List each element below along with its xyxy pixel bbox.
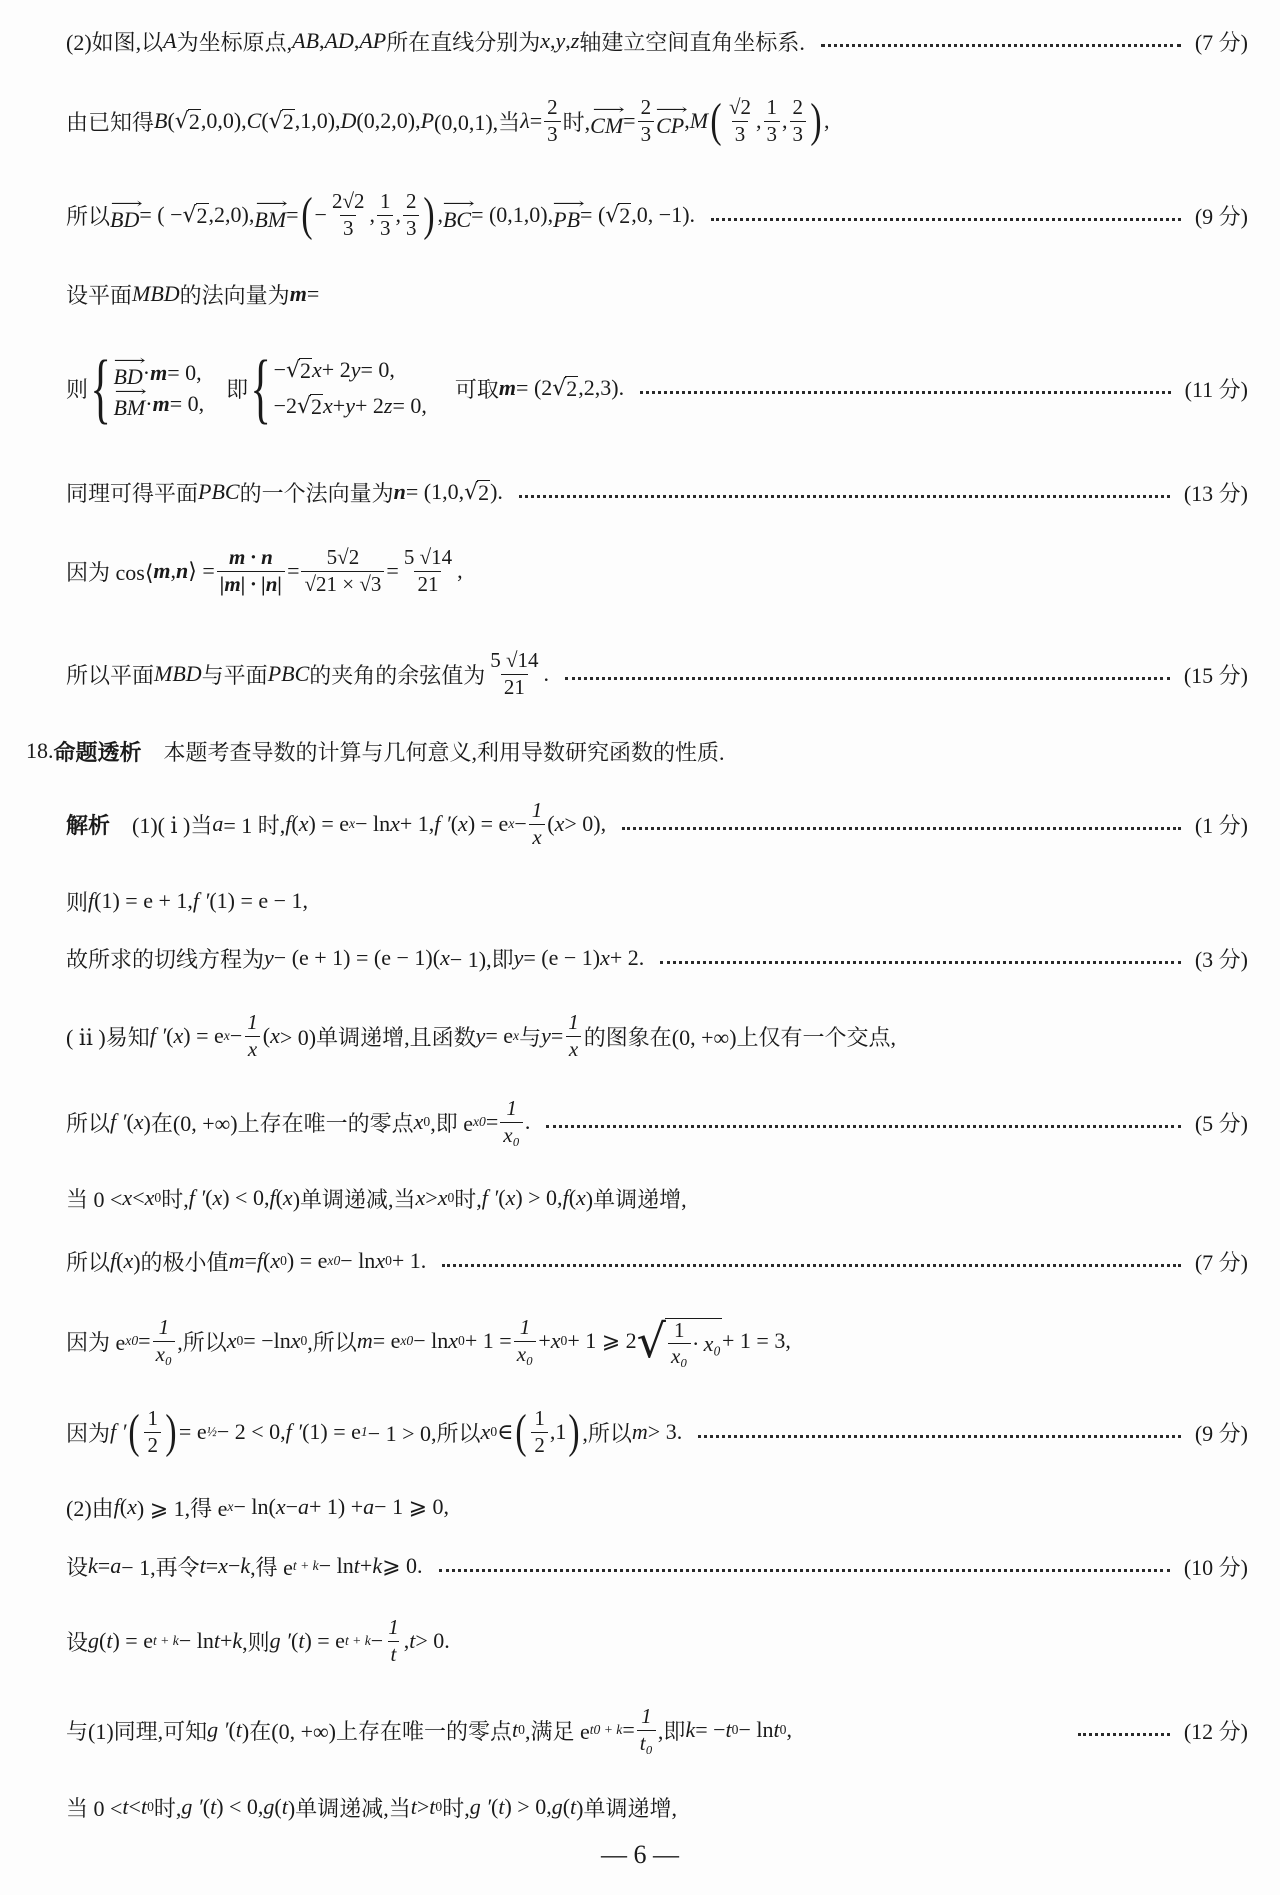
text-run: 时,: [454, 1183, 482, 1214]
dotted-leader: [546, 1125, 1180, 1128]
math-variable: x: [123, 1248, 133, 1274]
text-run: =: [486, 1109, 498, 1135]
math-variable: x: [276, 1494, 286, 1520]
math-variable: x: [506, 1185, 516, 1211]
text-run: ) = e: [468, 811, 509, 837]
radical-sign: √: [464, 480, 478, 505]
large-paren: (: [129, 1408, 140, 1456]
text-run: 同理可得平面: [66, 477, 198, 508]
score-label: (12 分): [1184, 1715, 1248, 1746]
text-run: − 1,再令: [121, 1551, 199, 1582]
text-run: −: [371, 1628, 383, 1654]
numerator: 1: [503, 1097, 520, 1121]
math-variable: k: [232, 1628, 242, 1654]
text-run: )的极小值: [133, 1246, 228, 1277]
text-run: 本题考查导数的计算与几何意义,利用导数研究函数的性质.: [142, 736, 725, 767]
text-run: >: [417, 1794, 429, 1820]
equation-system: {−√2x + 2y = 0,−2√2x + y + 2z = 0,: [248, 349, 427, 427]
text-run: + 1 = 3,: [722, 1328, 791, 1354]
line-content: 故所求的切线方程为 y − (e + 1) = (e − 1)(x − 1),即…: [66, 943, 644, 974]
denominator: 21: [501, 674, 528, 699]
vector-arrow-icon: ⟶: [552, 200, 581, 209]
text-run: ).: [490, 479, 503, 505]
fraction: 1x₀: [500, 1097, 523, 1146]
math-variable: k: [685, 1717, 695, 1743]
text-run: 由已知得: [66, 106, 154, 137]
section-label: 解析: [66, 809, 110, 840]
math-variable: f ′: [482, 1185, 498, 1211]
page-number: — 6 —: [0, 1840, 1280, 1870]
text-run: ) = e: [309, 811, 350, 837]
text-run: (: [563, 1794, 570, 1820]
text-run: = 0,: [360, 357, 394, 383]
numerator: 1: [377, 190, 394, 214]
vector: ⟶CP: [656, 106, 684, 137]
system-rows: ⟶BD · m = 0,⟶BM · m = 0,: [113, 357, 204, 419]
system-row: ⟶BD · m = 0,: [113, 357, 204, 388]
text-run: ,1: [550, 1419, 567, 1445]
radicand: 2: [618, 203, 631, 227]
text-run: 所以: [66, 200, 110, 231]
math-variable: x: [540, 28, 550, 54]
text-run: 故所求的切线方程为: [66, 943, 264, 974]
text-run: 所以: [66, 1107, 110, 1138]
subscript: 0: [561, 1333, 568, 1349]
math-variable: x: [416, 1185, 426, 1211]
text-run: +: [333, 393, 345, 419]
dotted-leader: [698, 1435, 1181, 1438]
math-variable: x: [312, 357, 322, 383]
math-variable: f ′: [189, 1185, 205, 1211]
denominator: 3: [638, 121, 655, 146]
text-run: ,即: [658, 1715, 686, 1746]
dotted-leader: [1078, 1733, 1170, 1736]
large-paren: ): [165, 1408, 176, 1456]
denominator: x₀: [514, 1341, 537, 1366]
denominator: x: [566, 1036, 581, 1061]
radical-sign: √: [175, 109, 189, 134]
text-run: = 0,: [392, 393, 426, 419]
text-run: 因为 cos⟨: [66, 556, 153, 587]
denominator: 3: [764, 121, 781, 146]
radicand: 2: [477, 480, 490, 504]
vector-arrow-icon: ⟶: [656, 106, 685, 115]
text-run: 的夹角的余弦值为: [309, 659, 485, 690]
vector: ⟶CM: [590, 106, 623, 137]
text-run: =: [138, 1328, 150, 1354]
denominator: t: [388, 1641, 400, 1666]
text-run: .: [544, 661, 550, 687]
text-run: (: [547, 811, 554, 837]
numerator: 1: [531, 1407, 548, 1431]
text-run: + 2.: [610, 945, 644, 971]
superscript: x0: [125, 1333, 138, 1349]
text-run: (: [491, 1794, 498, 1820]
text-run: ) > 0,: [515, 1185, 562, 1211]
math-variable: k: [240, 1553, 250, 1579]
square-root: √2: [552, 376, 578, 401]
text-run: =: [286, 202, 298, 228]
text-run: >: [425, 1185, 437, 1211]
line-content: 所以⟶BD = ( −√2,2,0),⟶BM = ( −2√23,13,23),…: [66, 190, 695, 239]
text-run: (1) = e − 1,: [209, 888, 308, 914]
math-variable: g ′: [207, 1717, 228, 1743]
radical-sign: √: [269, 109, 283, 134]
denominator: x: [529, 824, 544, 849]
math-variable: x: [551, 1328, 561, 1354]
math-variable: x: [212, 1185, 222, 1211]
math-variable: x: [375, 1248, 385, 1274]
subscript: 0: [236, 1333, 243, 1349]
text-run: 则: [66, 886, 88, 917]
math-variable: m: [357, 1328, 373, 1354]
math-variable: x: [555, 811, 565, 837]
superscript: x0: [400, 1333, 413, 1349]
math-variable: x: [283, 1185, 293, 1211]
text-run: + 1 ⩾ 2: [567, 1328, 636, 1354]
math-variable: x: [414, 1109, 424, 1135]
dotted-leader: [442, 1264, 1181, 1267]
text-run: − ln: [738, 1717, 773, 1743]
fraction: 23: [790, 96, 807, 145]
vector-arrow-icon: ⟶: [115, 388, 144, 397]
subscript: 0: [423, 1114, 430, 1130]
math-variable: x: [174, 1023, 184, 1049]
math-variable: B: [154, 108, 167, 134]
text-run: 的图象在(0, +∞)上仅有一个交点,: [584, 1021, 896, 1052]
math-variable: x: [291, 1328, 301, 1354]
text-run: ) < 0,: [216, 1794, 263, 1820]
vector-symbol: m: [290, 281, 307, 307]
math-variable: g ′: [181, 1794, 202, 1820]
fraction: 5 √1421: [487, 649, 541, 698]
text-run: = e: [373, 1328, 401, 1354]
text-run: =: [244, 1248, 256, 1274]
text-run: 时,: [161, 1183, 189, 1214]
text-run: = 0,: [167, 360, 201, 386]
text-run: = (e − 1): [523, 945, 600, 971]
text-run: )单调递减,当: [288, 1792, 411, 1823]
line-content: 由已知得 B(√2,0,0),C(√2,1,0),D(0,2,0),P(0,0,…: [66, 96, 830, 145]
text-run: (1) = e + 1,: [94, 888, 193, 914]
math-variable: MBD: [132, 281, 180, 307]
math-variable: x: [576, 1185, 586, 1211]
math-variable: x: [127, 1494, 137, 1520]
text-run: =: [307, 281, 319, 307]
square-root: √2: [286, 358, 312, 383]
math-variable: a: [363, 1494, 374, 1520]
math-variable: x: [440, 945, 450, 971]
numerator: 1: [529, 799, 546, 823]
score-label: (15 分): [1184, 659, 1248, 690]
text-run: ,: [369, 202, 375, 228]
fraction: 12: [531, 1407, 548, 1456]
score-label: (13 分): [1184, 477, 1248, 508]
text-run: (0,0,1),当: [434, 106, 520, 137]
subscript: 0: [458, 1333, 465, 1349]
math-variable: z: [384, 393, 393, 419]
text-run: > 0.: [415, 1628, 449, 1654]
text-run: − 1),即: [450, 943, 514, 974]
text-run: ,: [756, 108, 762, 134]
text-run: 即: [204, 373, 248, 404]
fraction: 13: [377, 190, 394, 239]
text-run: = (2: [516, 375, 552, 401]
text-run: 与(1)同理,可知: [66, 1715, 207, 1746]
fraction: 23: [544, 96, 561, 145]
fraction: 1x₀: [153, 1316, 176, 1365]
text-run: (: [263, 1023, 270, 1049]
numerator: 1: [144, 1407, 161, 1431]
fraction: 5√2√21 × √3: [301, 546, 384, 595]
text-run: (2)由: [66, 1492, 114, 1523]
numerator: 1: [517, 1316, 534, 1340]
line-content: 因为 ex0 = 1x₀,所以 x0 = −ln x0,所以 m = ex0 −…: [66, 1314, 791, 1368]
text-run: 的一个法向量为: [240, 477, 394, 508]
text-run: (: [99, 1628, 106, 1654]
superscript: ½: [207, 1424, 217, 1440]
numerator: 1: [244, 1011, 261, 1035]
text-run: )在(0, +∞)上存在唯一的零点: [242, 1715, 512, 1746]
text-run: +: [360, 1553, 372, 1579]
vector-arrow-icon: ⟶: [114, 357, 143, 366]
subscript: 0: [154, 1190, 161, 1206]
line-content: (2)由 f(x) ⩾ 1,得 ex − ln(x − a + 1) + a −…: [66, 1492, 449, 1523]
superscript: x0: [473, 1114, 486, 1130]
denominator: 3: [377, 215, 394, 240]
line-content: 设 g(t) = et + k − ln t + k,则 g ′(t) = et…: [66, 1616, 450, 1665]
text-run: > 0),: [564, 811, 606, 837]
text-run: ,即 e: [430, 1107, 473, 1138]
text-run: 所以平面: [66, 659, 154, 690]
text-run: ,: [786, 1717, 792, 1743]
fraction: √23: [726, 96, 754, 145]
text-run: + 1 =: [465, 1328, 512, 1354]
numerator: 1: [764, 96, 781, 120]
text-run: −: [228, 1553, 240, 1579]
text-run: ,2,0),: [209, 202, 255, 228]
math-variable: y: [556, 28, 566, 54]
vector: ⟶BM: [254, 200, 286, 231]
math-variable: x: [448, 1328, 458, 1354]
subscript: 0: [300, 1333, 307, 1349]
text-run: ,0,0),: [201, 108, 247, 134]
vector-name: PB: [553, 209, 580, 231]
score-label: (9 分): [1195, 1417, 1248, 1448]
left-brace: {: [90, 349, 111, 427]
score-label: (1 分): [1195, 809, 1248, 840]
vector: ⟶BD: [110, 200, 139, 231]
vector-arrow-icon: ⟶: [110, 200, 139, 209]
dotted-leader: [519, 495, 1170, 498]
text-run: (1) = e: [302, 1419, 361, 1445]
superscript: t0 + k: [590, 1722, 623, 1738]
denominator: 2: [144, 1432, 161, 1457]
numerator: 1: [156, 1316, 173, 1340]
fraction: 1x₀: [514, 1316, 537, 1365]
text-run: =: [98, 1553, 110, 1579]
math-variable: y: [541, 1023, 551, 1049]
text-run: ,2,3).: [578, 375, 624, 401]
text-run: − ln(: [233, 1494, 275, 1520]
text-run: − 1 ⩾ 0,: [374, 1494, 449, 1520]
line-content: 所以 f(x)的极小值 m = f(x0) = ex0 − ln x0 + 1.: [66, 1246, 426, 1277]
numerator: 1: [385, 1616, 402, 1640]
superscript: x0: [327, 1253, 340, 1269]
numerator: 2: [544, 96, 561, 120]
text-run: ,满足 e: [525, 1715, 590, 1746]
math-variable: x: [600, 945, 610, 971]
text-run: )单调递增,: [586, 1183, 687, 1214]
fraction: 1x: [529, 799, 546, 848]
denominator: √21 × √3: [301, 571, 384, 596]
line-content: 则 f(1) = e + 1,f ′(1) = e − 1,: [66, 886, 308, 917]
text-run: =: [551, 1023, 563, 1049]
math-variable: AB: [292, 28, 319, 54]
text-run: ( ⅱ )易知: [66, 1021, 150, 1052]
fraction: 13: [764, 96, 781, 145]
subscript: 0: [518, 1722, 525, 1738]
text-run: − 2 < 0,: [217, 1419, 286, 1445]
fraction: 1x: [244, 1011, 261, 1060]
text-run: −2: [274, 393, 297, 419]
math-variable: x: [270, 1023, 280, 1049]
text-run: ,1,0),: [295, 108, 341, 134]
line-content: 解析 (1)( ⅰ )当 a = 1 时,f(x) = ex − ln x + …: [66, 799, 606, 848]
math-variable: x: [390, 811, 400, 837]
dotted-leader: [439, 1569, 1170, 1572]
text-run: (: [291, 1628, 298, 1654]
text-run: 时,: [442, 1792, 470, 1823]
line-content: 则{⟶BD · m = 0,⟶BM · m = 0, 即{−√2x + 2y =…: [66, 349, 624, 427]
text-run: =: [287, 558, 299, 584]
subscript: 0: [447, 1190, 454, 1206]
vector-name: BM: [254, 209, 286, 231]
text-run: ,得 e: [250, 1551, 293, 1582]
vector-symbol: n: [394, 479, 406, 505]
vector-name: BM: [113, 397, 145, 419]
large-paren: (: [301, 191, 312, 239]
math-variable: f ′: [110, 1109, 126, 1135]
text-run: ⟩ =: [188, 558, 215, 584]
text-run: 因为: [66, 1417, 110, 1448]
numerator: 1: [565, 1011, 582, 1035]
text-run: (1)( ⅰ )当: [110, 809, 212, 840]
line-content: 同理可得平面 PBC 的一个法向量为 n = (1,0,√2).: [66, 477, 503, 508]
text-run: 轴建立空间直角坐标系.: [579, 26, 805, 57]
text-run: − ln: [319, 1553, 354, 1579]
text-run: =: [386, 558, 398, 584]
square-root: √2: [297, 394, 323, 419]
radical-sign: √: [182, 203, 196, 228]
text-run: 18.: [26, 738, 54, 764]
text-run: = (: [580, 202, 605, 228]
large-paren: ): [569, 1408, 580, 1456]
math-variable: g: [88, 1628, 99, 1654]
text-run: ⩾ 0.: [382, 1553, 422, 1579]
square-root: √2: [269, 109, 295, 134]
text-run: 设平面: [66, 279, 132, 310]
text-run: ,则: [242, 1626, 270, 1657]
denominator: x₀: [500, 1122, 523, 1147]
subscript: 0: [385, 1253, 392, 1269]
text-run: = (0,1,0),: [471, 202, 553, 228]
text-run: 时,: [154, 1792, 182, 1823]
dotted-leader: [640, 391, 1171, 394]
radical-sign: √: [297, 394, 311, 419]
text-run: (: [126, 1109, 133, 1135]
text-run: +: [538, 1328, 550, 1354]
math-variable: a: [110, 1553, 121, 1579]
text-run: (2)如图,以: [66, 26, 163, 57]
text-run: (: [274, 1794, 281, 1820]
radicand: 2: [565, 376, 578, 400]
square-root: √2: [175, 109, 201, 134]
text-run: <: [132, 1185, 144, 1211]
text-run: − (e + 1) = (e − 1)(: [274, 945, 440, 971]
system-row: ⟶BM · m = 0,: [113, 388, 204, 419]
superscript: t + k: [293, 1558, 319, 1574]
fraction: 1t₀: [637, 1705, 656, 1754]
radicand: 2: [299, 358, 312, 382]
math-variable: M: [690, 108, 708, 134]
subscript: 0: [780, 1722, 787, 1738]
dotted-leader: [660, 961, 1181, 964]
large-paren: (: [710, 97, 721, 145]
fraction: 12: [144, 1407, 161, 1456]
text-run: )单调递减,当: [293, 1183, 416, 1214]
superscript: t + k: [345, 1633, 371, 1649]
text-run: )在(0, +∞)上存在唯一的零点: [144, 1107, 414, 1138]
text-run: .: [525, 1109, 531, 1135]
text-run: <: [129, 1794, 141, 1820]
text-run: − ln: [355, 811, 390, 837]
math-variable: x: [481, 1419, 491, 1445]
numerator: 5 √14: [401, 546, 455, 570]
math-variable: y: [264, 945, 274, 971]
score-label: (10 分): [1184, 1551, 1248, 1582]
text-run: −: [230, 1023, 242, 1049]
math-variable: x: [299, 811, 309, 837]
math-variable: g: [552, 1794, 563, 1820]
vector-arrow-icon: ⟶: [256, 200, 285, 209]
line-content: 因为 f ′(12) = e½ − 2 < 0,f ′(1) = e1 − 1 …: [66, 1407, 682, 1456]
fraction: 1x: [565, 1011, 582, 1060]
text-run: ,所以: [582, 1417, 632, 1448]
dotted-leader: [821, 44, 1181, 47]
math-variable: k: [88, 1553, 98, 1579]
large-paren: (: [516, 1408, 527, 1456]
text-run: (: [498, 1185, 505, 1211]
text-run: 的法向量为: [180, 279, 290, 310]
text-run: = (1,0,: [406, 479, 464, 505]
score-label: (3 分): [1195, 943, 1248, 974]
vector-symbol: m: [153, 391, 170, 417]
math-variable: a: [212, 811, 223, 837]
text-run: ,0, −1).: [631, 202, 695, 228]
text-run: = −ln: [243, 1328, 290, 1354]
fraction: 1x₀: [668, 1319, 691, 1368]
math-variable: g: [263, 1794, 274, 1820]
vector-symbol: m: [499, 375, 516, 401]
math-variable: k: [372, 1553, 382, 1579]
subscript: 0: [147, 1799, 154, 1815]
text-run: 设: [66, 1626, 88, 1657]
text-run: 与: [519, 1021, 541, 1052]
text-run: = −: [695, 1717, 725, 1743]
score-label: (9 分): [1195, 200, 1248, 231]
text-run: ) = e: [183, 1023, 224, 1049]
